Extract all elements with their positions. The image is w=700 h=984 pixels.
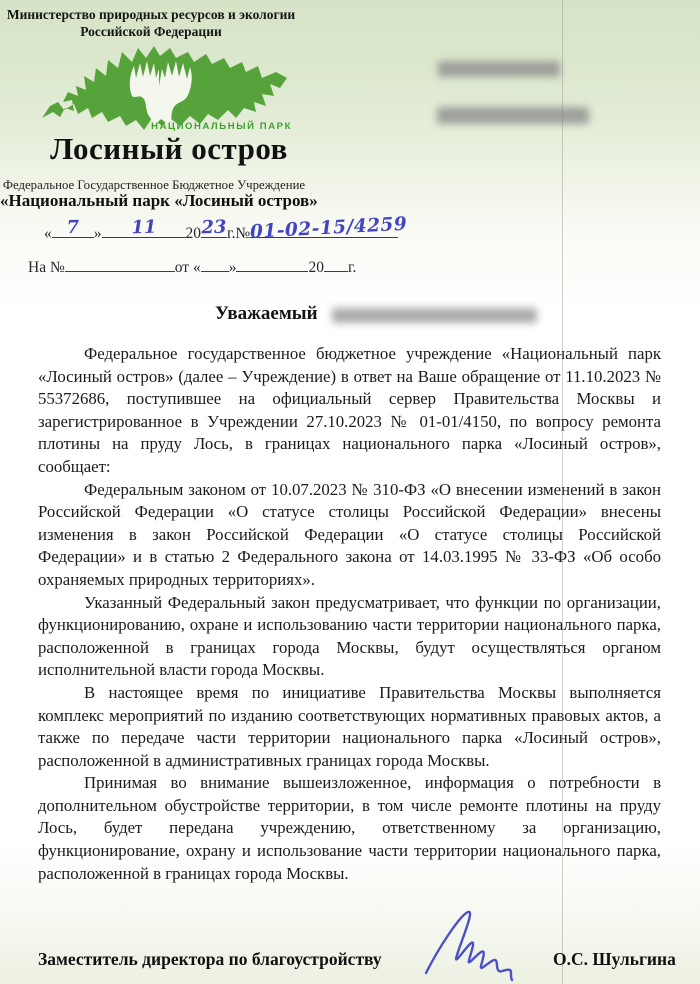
- body-paragraph: Принимая во внимание вышеизложенное, инф…: [38, 772, 661, 885]
- number-blank: 01-02-15/4259: [250, 221, 398, 238]
- body-paragraph: В настоящее время по инициативе Правител…: [38, 682, 661, 772]
- ref-day-blank: [201, 255, 229, 272]
- ref-year-prefix: 20: [308, 259, 324, 276]
- handwritten-outgoing-number: 01-02-15/4259: [250, 214, 399, 243]
- body-paragraph: Федеральным законом от 10.07.2023 № 310-…: [38, 479, 661, 592]
- number-prefix: г.№: [227, 225, 250, 242]
- day-blank: 7: [52, 221, 94, 238]
- handwritten-month: 11: [101, 216, 186, 240]
- ref-year-blank: [324, 255, 348, 272]
- reference-line: На №от «»20г.: [28, 255, 356, 277]
- ref-from-label: от «: [175, 259, 201, 276]
- org-name-line: «Национальный парк «Лосиный остров»: [0, 191, 312, 211]
- ref-close-quote: »: [229, 259, 237, 276]
- handwritten-day: 7: [51, 216, 94, 238]
- salutation-line: Уважаемый: [215, 303, 537, 325]
- outgoing-date-number-line: «7»112023г.№01-02-15/4259: [44, 221, 398, 243]
- body-paragraph: Федеральное государственное бюджетное уч…: [38, 343, 661, 479]
- open-quote: «: [44, 225, 52, 242]
- ref-number-blank: [65, 255, 175, 272]
- body-paragraph: Указанный Федеральный закон предусматрив…: [38, 592, 661, 682]
- redacted-addressee-name: [332, 308, 537, 323]
- close-quote: »: [94, 225, 102, 242]
- ministry-line2: Российской Федерации: [5, 23, 297, 40]
- logo-park-name: Лосиный остров: [44, 131, 294, 167]
- ref-month-blank: [236, 255, 308, 272]
- redacted-recipient-contact: [437, 107, 589, 124]
- year-blank: 23: [201, 221, 227, 238]
- handwritten-signature: [418, 903, 556, 984]
- month-blank: 11: [102, 221, 186, 238]
- year-prefix: 20: [186, 225, 202, 242]
- signer-name: О.С. Шульгина: [553, 949, 676, 970]
- scanned-letter-page: Министерство природных ресурсов и эколог…: [0, 0, 700, 984]
- ref-suffix: г.: [348, 259, 356, 276]
- handwritten-year: 23: [201, 217, 228, 239]
- signer-position: Заместитель директора по благоустройству: [38, 949, 382, 970]
- ref-prefix: На №: [28, 259, 65, 276]
- ministry-line1: Министерство природных ресурсов и эколог…: [5, 6, 297, 23]
- salutation-greeting: Уважаемый: [215, 303, 318, 324]
- scan-fold-artifact: [562, 0, 563, 984]
- letter-body: Федеральное государственное бюджетное уч…: [38, 343, 661, 885]
- ministry-header: Министерство природных ресурсов и эколог…: [5, 6, 297, 40]
- redacted-recipient-name: [438, 61, 560, 77]
